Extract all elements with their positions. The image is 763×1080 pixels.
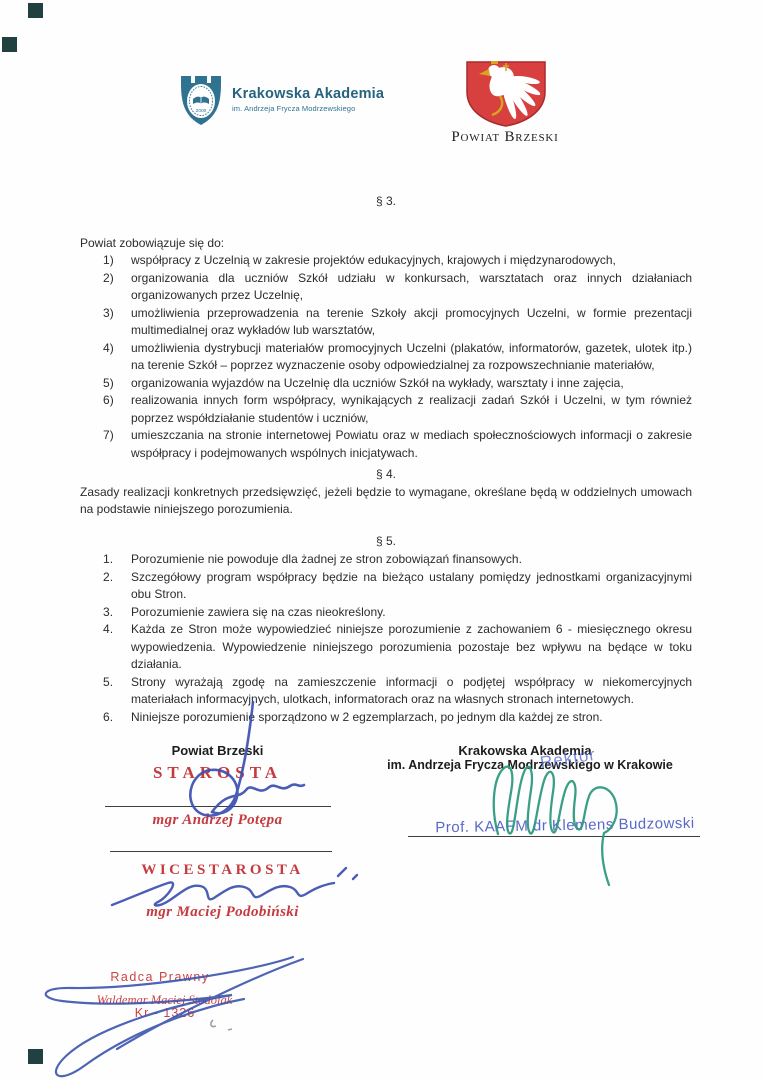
scan-artifact bbox=[2, 37, 17, 52]
starosta-stamp-name: mgr Andrzej Potępa bbox=[105, 812, 330, 829]
section-3-list: współpracy z Uczelnią w zakresie projekt… bbox=[80, 252, 692, 462]
list-item: Strony wyrażają zgodę na zamieszczenie i… bbox=[80, 674, 692, 709]
legal-counsel-stamp-title: Radca Prawny bbox=[95, 970, 225, 984]
list-item: umożliwienia przeprowadzenia na terenie … bbox=[80, 305, 692, 340]
list-item: realizowania innych form współpracy, wyn… bbox=[80, 392, 692, 427]
section-4-heading: § 4. bbox=[80, 466, 692, 484]
scan-artifact bbox=[28, 1049, 43, 1064]
section-5-heading: § 5. bbox=[80, 533, 692, 551]
starosta-stamp-title: STAROSTA bbox=[105, 763, 330, 783]
eagle-crown bbox=[491, 61, 498, 64]
section-3-intro: Powiat zobowiązuje się do: bbox=[80, 235, 692, 253]
list-item: współpracy z Uczelnią w zakresie projekt… bbox=[80, 252, 692, 270]
university-logo-icon: 2000 bbox=[178, 74, 224, 128]
list-item: umieszczania na stronie internetowej Pow… bbox=[80, 427, 692, 462]
signature-line bbox=[105, 806, 331, 807]
scan-artifact bbox=[28, 3, 43, 18]
university-subtitle: im. Andrzeja Frycza Modrzewskiego bbox=[232, 104, 402, 113]
scanned-document-page: { "header": { "university": { "name": "K… bbox=[0, 0, 763, 1080]
wicestarosta-stamp-name: mgr Maciej Podobiński bbox=[105, 904, 340, 921]
wicestarosta-stamp-title: WICESTAROSTA bbox=[105, 862, 340, 879]
list-item: Porozumienie zawiera się na czas nieokre… bbox=[80, 604, 692, 622]
county-signatory-org: Powiat Brzeski bbox=[105, 743, 330, 758]
section-3-heading: § 3. bbox=[80, 193, 692, 211]
rektor-stamp-name: Prof. KAAFM dr Klemens Budzowski bbox=[425, 815, 705, 837]
svg-text:2000: 2000 bbox=[196, 108, 207, 114]
list-item: organizowania wyjazdów na Uczelnię dla u… bbox=[80, 375, 692, 393]
university-signatory-org-line1: Krakowska Akademia bbox=[400, 743, 650, 758]
signature-line bbox=[408, 836, 700, 837]
legal-counsel-stamp-number: Kr - 1326 bbox=[110, 1006, 220, 1020]
university-wordmark: Krakowska Akademia im. Andrzeja Frycza M… bbox=[232, 86, 402, 113]
section-4-paragraph: Zasady realizacji konkretnych przedsięwz… bbox=[80, 484, 692, 519]
list-item: Porozumienie nie powoduje dla żadnej ze … bbox=[80, 551, 692, 569]
document-body: § 3. Powiat zobowiązuje się do: współpra… bbox=[80, 193, 692, 726]
list-item: Niniejsze porozumienie sporządzono w 2 e… bbox=[80, 709, 692, 727]
university-signatory-org-line2: im. Andrzeja Frycza Modrzewskiego w Krak… bbox=[380, 758, 680, 772]
list-item: organizowania dla uczniów Szkół udziału … bbox=[80, 270, 692, 305]
list-item: Każda ze Stron może wypowiedzieć niniejs… bbox=[80, 621, 692, 674]
list-item: Szczegółowy program współpracy będzie na… bbox=[80, 569, 692, 604]
university-name: Krakowska Akademia bbox=[232, 86, 402, 102]
pen-mark bbox=[211, 1020, 232, 1030]
list-item: umożliwienia dystrybucji materiałów prom… bbox=[80, 340, 692, 375]
county-coat-of-arms-icon bbox=[464, 60, 548, 128]
county-caption: Powiat Brzeski bbox=[442, 129, 568, 146]
section-5-list: Porozumienie nie powoduje dla żadnej ze … bbox=[80, 551, 692, 726]
signature-line bbox=[110, 851, 332, 852]
